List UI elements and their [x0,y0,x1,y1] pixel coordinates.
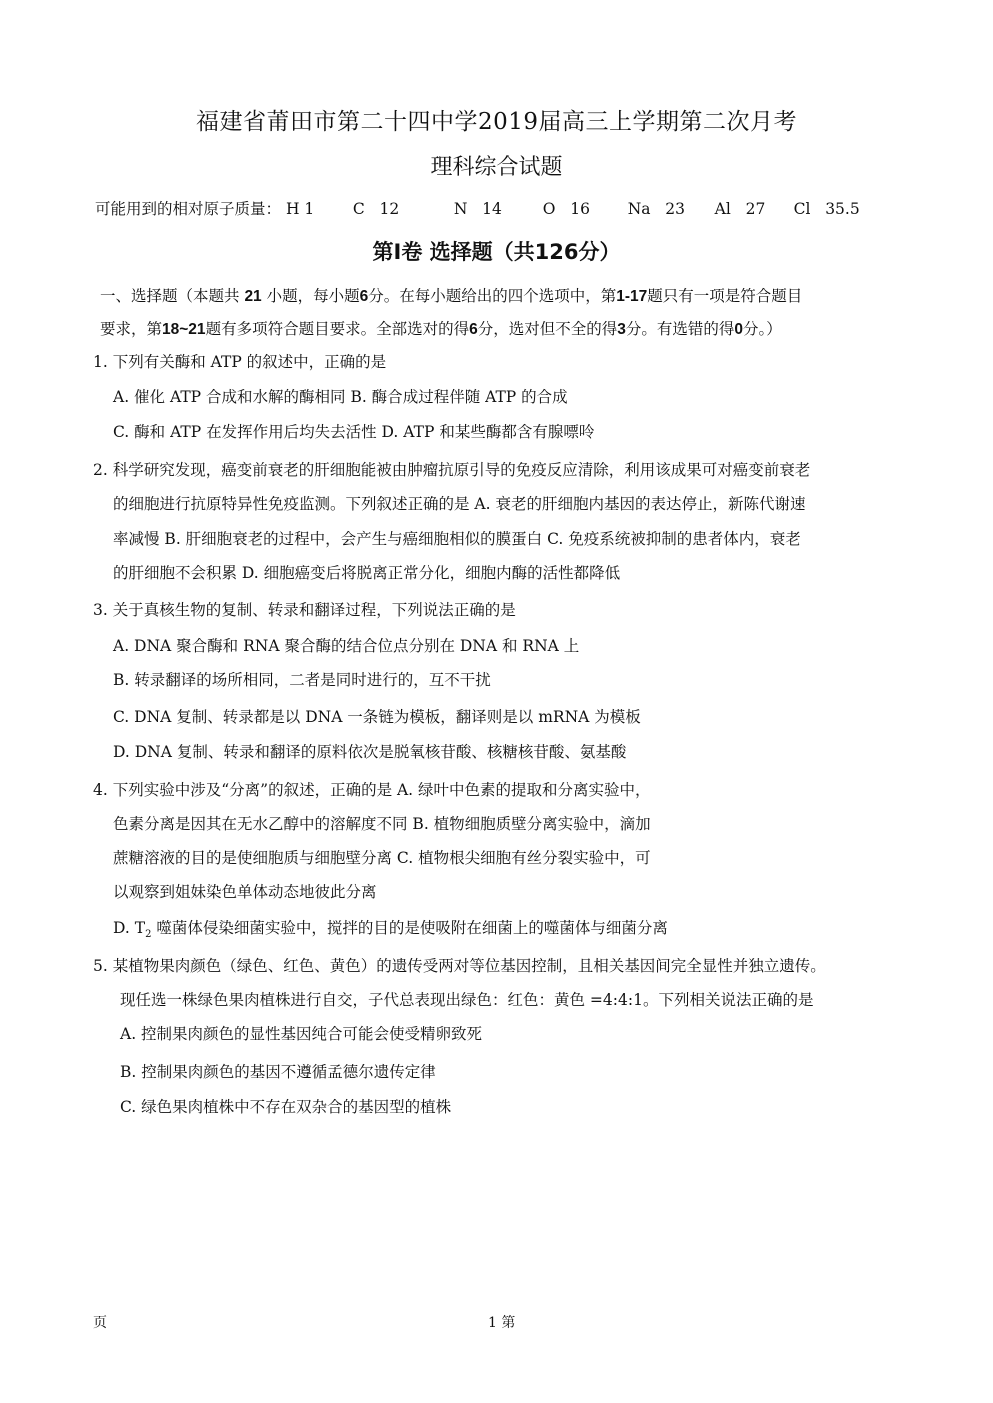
atomic-masses-label: 可能用到的相对原子质量： [95,197,281,219]
question-options: A. 催化 ATP 合成和水解的酶相同 B. 酶合成过程伴随 ATP 的合成 [113,385,568,407]
instructions-line-1: 一、选择题（本题共 21 小题，每小题6分。在每小题给出的四个选项中，第1-17… [100,284,802,306]
question-stem: 4. 下列实验中涉及“分离”的叙述，正确的是 A. 绿叶中色素的提取和分离实验中… [93,778,651,800]
question-text: 蔗糖溶液的目的是使细胞质与细胞壁分离 C. 植物根尖细胞有丝分裂实验中，可 [113,846,651,868]
mass-item: Na 23 [628,200,710,218]
question-text: 率减慢 B. 肝细胞衰老的过程中，会产生与癌细胞相似的膜蛋白 C. 免疫系统被抑… [113,527,801,549]
footer-left: 页 [93,1312,107,1332]
question-text: 的细胞进行抗原特异性免疫监测。下列叙述正确的是 A. 衰老的肝细胞内基因的表达停… [113,492,805,514]
option-b: B. 转录翻译的场所相同，二者是同时进行的，互不干扰 [113,668,491,690]
section-title: 第Ⅰ卷 选择题（共126分） [0,236,993,266]
page-number: 1 第 [488,1312,515,1332]
option-a: A. DNA 聚合酶和 RNA 聚合酶的结合位点分别在 DNA 和 RNA 上 [113,634,579,656]
question-text: 以观察到姐妹染色单体动态地彼此分离 [113,880,377,902]
mass-item: C 12 [353,200,449,218]
question-stem: 5. 某植物果肉颜色（绿色、红色、黄色）的遗传受两对等位基因控制，且相关基因间完… [93,954,826,976]
mass-item: Al 27 [715,200,789,218]
mass-item: N 14 [454,200,538,218]
option-c: C. 绿色果肉植株中不存在双杂合的基因型的植株 [120,1095,451,1117]
option-d: D. DNA 复制、转录和翻译的原料依次是脱氧核苷酸、核糖核苷酸、氨基酸 [113,740,626,762]
mass-item: O 16 [543,200,623,218]
instructions-line-2: 要求，第18~21题有多项符合题目要求。全部选对的得6分，选对但不全的得3分。有… [100,317,782,339]
document-title: 福建省莆田市第二十四中学2019届高三上学期第二次月考 [0,103,993,136]
mass-item: Cl 35.5 [794,200,860,218]
question-stem: 3. 关于真核生物的复制、转录和翻译过程，下列说法正确的是 [93,598,516,620]
question-stem: 2. 科学研究发现，癌变前衰老的肝细胞能被由肿瘤抗原引导的免疫反应清除，利用该成… [93,458,810,480]
question-text: 的肝细胞不会积累 D. 细胞癌变后将脱离正常分化，细胞内酶的活性都降低 [113,561,620,583]
atomic-masses: 可能用到的相对原子质量： H 1 C 12 N 14 O 16 Na 23 Al… [95,197,860,219]
question-options: C. 酶和 ATP 在发挥作用后均失去活性 D. ATP 和某些酶都含有腺嘌呤 [113,420,594,442]
option-a: A. 控制果肉颜色的显性基因纯合可能会使受精卵致死 [120,1022,482,1044]
question-stem: 1. 下列有关酶和 ATP 的叙述中，正确的是 [93,350,386,372]
mass-item: H 1 [286,200,348,218]
document-subtitle: 理科综合试题 [0,150,993,181]
option-d: D. T2 噬菌体侵染细菌实验中，搅拌的目的是使吸附在细菌上的噬菌体与细菌分离 [113,916,668,940]
option-b: B. 控制果肉颜色的基因不遵循孟德尔遗传定律 [120,1060,436,1082]
question-text: 色素分离是因其在无水乙醇中的溶解度不同 B. 植物细胞质壁分离实验中，滴加 [113,812,651,834]
option-c: C. DNA 复制、转录都是以 DNA 一条链为模板，翻译则是以 mRNA 为模… [113,705,641,727]
question-text: 现任选一株绿色果肉植株进行自交，子代总表现出绿色：红色：黄色 =4:4:1。下列… [120,988,813,1010]
